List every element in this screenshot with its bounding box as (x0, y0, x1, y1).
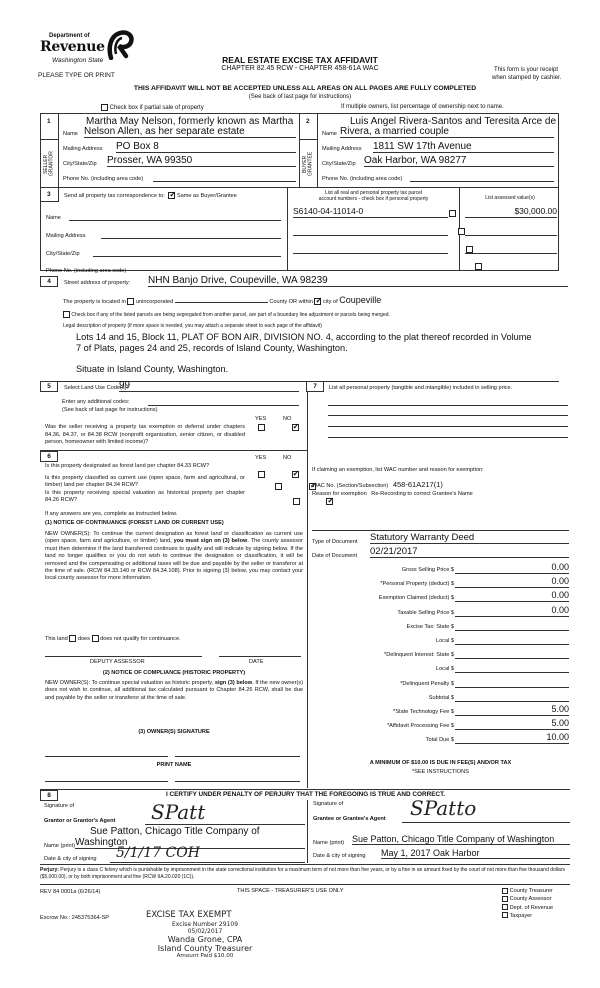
qualify-does-not-checkbox[interactable] (92, 635, 99, 642)
buyer-address-field[interactable]: 1811 SW 17th Avenue (373, 141, 554, 153)
seller-name-label: Name (63, 131, 78, 137)
city-checkbox[interactable] (314, 298, 321, 305)
stamp-name: Wanda Grone, CPA (130, 935, 280, 944)
section-7-number: 7 (306, 381, 324, 392)
copy-item: County Assessor (502, 895, 553, 903)
notice1-text: NEW OWNER(S): To continue the current de… (45, 531, 303, 583)
stamp-amount: Amount Paid $10.00 (130, 953, 280, 959)
certify-statement: I CERTIFY UNDER PENALTY OF PERJURY THAT … (166, 791, 445, 798)
grantor-date-field[interactable]: 5/1/17 COH (110, 851, 305, 863)
seller-section-number: 1 (47, 118, 51, 125)
section6-yes-checkbox[interactable] (293, 498, 300, 505)
copy-item: Taxpayer (502, 912, 553, 920)
exemption-yes-checkbox[interactable] (258, 424, 265, 431)
owner-signature-line-1[interactable] (45, 756, 168, 757)
city-field[interactable]: Coupeville (339, 295, 381, 305)
reason-field[interactable]: Re-Recording to correct Grantee's Name (371, 491, 473, 497)
copy-distribution-list: County Treasurer County Assessor Dept. o… (502, 887, 553, 920)
land-use-code-field[interactable]: 99 (119, 380, 299, 392)
corr-address-label: Mailing Address (46, 233, 86, 239)
grantor-sig-label-1: Signature of (44, 803, 74, 809)
escrow-number: Escrow No.: 245375364-SP (40, 915, 109, 921)
additional-codes-label: Enter any additional codes: (62, 399, 129, 405)
grantee-signature: SPatto (410, 796, 476, 820)
exemption-question: Was the seller receiving a property tax … (45, 424, 245, 447)
amount-field[interactable] (455, 633, 569, 645)
copy-checkbox[interactable] (502, 912, 508, 918)
street-address-field[interactable]: NHN Banjo Drive, Coupeville, WA 98239 (148, 275, 568, 287)
minimum-note: A MINIMUM OF $10.00 IS DUE IN FEE(S) AND… (312, 760, 569, 766)
date-label: DATE (249, 659, 264, 665)
seller-address-label: Mailing Address (63, 146, 103, 152)
property-section-number: 4 (40, 276, 58, 287)
land-use-section-number: 5 (40, 381, 58, 392)
grantor-name-line1: Sue Patton, Chicago Title Company of (90, 826, 260, 837)
amount-field[interactable]: 5.00 (455, 704, 569, 716)
perjury-statement: Perjury: Perjury is a class C felony whi… (40, 867, 570, 881)
yes-header-5: YES (255, 416, 266, 422)
buyer-phone-field[interactable] (410, 174, 554, 182)
grantee-date-field[interactable]: May 1, 2017 Oak Harbor (381, 848, 570, 859)
buyer-side-label: BUYERGRANTEE (303, 146, 315, 182)
seller-side-label: SELLERGRANTOR (44, 146, 56, 182)
amount-field[interactable]: 0.00 (455, 605, 569, 617)
parcel-number-field[interactable] (293, 242, 448, 254)
partial-sale-label: Check box if partial sale of property (110, 105, 204, 111)
amount-label: Excise Tax: State $ (312, 624, 454, 630)
copy-checkbox[interactable] (502, 896, 508, 902)
grantor-name-label: Name (print) (44, 843, 75, 849)
grantor-date-label: Date & city of signing (44, 856, 97, 862)
correspondence-label: Send all property tax correspondence to:… (64, 192, 237, 199)
amount-field[interactable] (455, 619, 569, 631)
street-label: Street address of property: (64, 280, 130, 286)
amount-label: Taxable Selling Price $ (312, 610, 454, 616)
personal-property-line-3[interactable] (328, 426, 568, 427)
assessed-value-field[interactable] (465, 224, 557, 236)
yes-header-6: YES (255, 455, 266, 461)
personal-property-line-2[interactable] (328, 415, 568, 416)
grantee-name-label: Name (print) (313, 840, 344, 846)
owner-signature-line-2[interactable] (175, 756, 300, 757)
seller-city-label: City/State/Zip (63, 161, 97, 167)
amount-label: Gross Selling Price $ (312, 567, 454, 573)
correspondence-section-number: 3 (47, 191, 51, 198)
segregated-row: Check box if any of the listed parcels a… (63, 311, 390, 318)
amount-field[interactable] (455, 690, 569, 702)
print-name-line-2[interactable] (175, 781, 300, 782)
assessed-header: List assessed value(s) (460, 195, 560, 201)
amount-field[interactable]: 0.00 (455, 562, 569, 574)
logo-name: Revenue (40, 39, 105, 55)
no-header-6: NO (283, 455, 291, 461)
notice2-title: (2) NOTICE OF COMPLIANCE (HISTORIC PROPE… (45, 670, 303, 676)
grantor-sig-label-2: Grantor or Grantor's Agent (44, 818, 115, 824)
buyer-city-label: City/State/Zip (322, 161, 356, 167)
qualify-row: This land does does not qualify for cont… (45, 635, 181, 642)
amount-field[interactable]: 10.00 (455, 732, 569, 744)
corr-address-field[interactable] (101, 231, 281, 239)
section6-yes-checkbox[interactable] (275, 483, 282, 490)
section6-question: Is this property designated as forest la… (45, 463, 245, 470)
buyer-section-number: 2 (306, 118, 310, 125)
print-name-line-1[interactable] (45, 781, 168, 782)
section6-no-checkbox[interactable] (292, 471, 299, 478)
amount-label: Local $ (312, 638, 454, 644)
parcel-number-field[interactable]: S6140-04-11014-0 (293, 206, 448, 218)
property-location: The property is located in unincorporate… (63, 295, 381, 305)
buyer-section: 2 BUYERGRANTEE Luis Angel Rivera-Santos … (299, 113, 559, 188)
parcel-number-field[interactable] (293, 224, 448, 236)
warning-text: THIS AFFIDAVIT WILL NOT BE ACCEPTED UNLE… (60, 85, 550, 92)
legal-description-line1[interactable]: Lots 14 and 15, Block 11, PLAT OF BON AI… (76, 332, 532, 342)
personal-property-checkbox[interactable] (458, 228, 465, 235)
amount-field[interactable] (455, 647, 569, 659)
amount-label: Total Due $ (312, 737, 454, 743)
excise-stamp: EXCISE TAX EXEMPT Excise Number 29109 05… (130, 910, 280, 959)
reason-row: Reason for exemption Re-Recording to cor… (312, 491, 473, 497)
doc-type-label: Type of Document (312, 539, 357, 545)
amount-label: *Delinquent Interest: State $ (312, 652, 454, 658)
section6-no-checkbox[interactable] (326, 498, 333, 505)
copy-checkbox[interactable] (502, 888, 508, 894)
stamp-title: EXCISE TAX EXEMPT (146, 910, 280, 920)
wa-revenue-logo-icon (106, 30, 134, 60)
grantee-sig-label-1: Signature of (313, 801, 343, 807)
legal-description-line2[interactable]: 7 of Plats, pages 24 and 25, records of … (76, 343, 348, 353)
grantee-sig-label-2: Grantee or Grantee's Agent (313, 816, 386, 822)
parcel-number-field[interactable] (293, 259, 448, 271)
doc-type-field[interactable]: Statutory Warranty Deed (370, 532, 569, 544)
grantor-signature-field[interactable]: SPatt (145, 808, 305, 825)
partial-sale-checkbox[interactable] (101, 104, 108, 111)
legal-description-line3[interactable]: Situate in Island County, Washington. (76, 364, 228, 374)
buyer-name-field[interactable]: Rivera, a married couple (340, 126, 554, 138)
personal-property-line-1[interactable] (328, 405, 568, 406)
grantor-signature: SPatt (151, 800, 205, 824)
additional-codes-field[interactable] (148, 398, 299, 406)
logo: Department of Revenue Washington State (40, 32, 120, 72)
if-yes-note: If any answers are yes, complete as inst… (45, 511, 177, 517)
grantee-signature-field[interactable]: SPatto (402, 806, 570, 823)
amount-label: *State Technology Fee $ (312, 709, 454, 715)
wac-row: WAC No. (Section/Subsection) 458-61A217(… (312, 480, 443, 489)
personal-property-checkbox[interactable] (449, 210, 456, 217)
corr-city-label: City/State/Zip (46, 251, 80, 257)
amount-label: *Delinquent Penalty $ (312, 681, 454, 687)
partial-sale: Check box if partial sale of property (101, 104, 204, 111)
receipt-note-1: This form is your receipt (494, 67, 558, 73)
notice1-title: (1) NOTICE OF CONTINUANCE (FOREST LAND O… (45, 520, 224, 526)
corr-name-field[interactable] (69, 213, 281, 221)
copy-item: Dept. of Revenue (502, 904, 553, 912)
section6-question: Is this property classified as current u… (45, 475, 245, 489)
grantee-date-label: Date & city of signing (313, 853, 366, 859)
see-instructions: *SEE INSTRUCTIONS (312, 769, 569, 775)
personal-property-label: List all personal property (tangible and… (329, 385, 512, 391)
notice2-text: NEW OWNER(S): To continue special valuat… (45, 680, 303, 702)
buyer-phone-label: Phone No. (including area code) (322, 176, 402, 182)
treasurer-use-only: THIS SPACE - TREASURER'S USE ONLY (237, 888, 343, 894)
deputy-assessor-label: DEPUTY ASSESSOR (90, 659, 145, 665)
copy-checkbox[interactable] (502, 904, 508, 910)
grantee-name-field[interactable]: Sue Patton, Chicago Title Company of Was… (352, 834, 570, 845)
seller-phone-field[interactable] (153, 174, 296, 182)
owner-signature-title: (3) OWNER(S) SIGNATURE (45, 729, 303, 735)
section-8-number: 8 (40, 790, 58, 801)
county-field[interactable] (175, 296, 268, 303)
same-as-buyer-checkbox[interactable] (168, 192, 175, 199)
please-type: PLEASE TYPE OR PRINT (38, 72, 115, 79)
corr-name-label: Name (46, 215, 61, 221)
assessed-value-field[interactable] (465, 259, 557, 271)
form-revision: REV 84 0001a (6/26/14) (40, 889, 100, 895)
doc-date-label: Date of Document (312, 553, 357, 559)
form-subtitle: CHAPTER 82.45 RCW - CHAPTER 458-61A WAC (180, 65, 420, 72)
assessed-value-field[interactable]: $30,000.00 (465, 206, 557, 218)
section-6-number: 6 (40, 451, 58, 462)
amount-field[interactable] (455, 676, 569, 688)
buyer-address-label: Mailing Address (322, 146, 362, 152)
amount-field[interactable]: 0.00 (455, 590, 569, 602)
amount-label: Exemption Claimed (deduct) $ (312, 595, 454, 601)
correspondence-section: 3 Send all property tax correspondence t… (40, 188, 559, 271)
additional-codes-note: (See back of last page for instructions) (62, 407, 157, 413)
qualify-does-checkbox[interactable] (69, 635, 76, 642)
no-header-5: NO (283, 416, 291, 422)
parcels-header: List all real and personal property tax … (288, 190, 459, 202)
see-back-note: (See back of last page for instructions) (180, 94, 420, 100)
seller-address-field[interactable]: PO Box 8 (116, 141, 296, 153)
exemption-claim-label: If claiming an exemption, list WAC numbe… (312, 467, 484, 473)
legal-description-label: Legal description of property (if more s… (63, 323, 322, 329)
section6-question: Is this property receiving special valua… (45, 490, 245, 504)
seller-name-field[interactable]: Nelson Allen, as her separate estate (84, 126, 296, 138)
seller-phone-label: Phone No. (including area code) (63, 176, 143, 182)
amount-field[interactable]: 0.00 (455, 576, 569, 588)
exemption-no-checkbox[interactable] (292, 424, 299, 431)
stamp-office: Island County Treasurer (130, 944, 280, 953)
assessed-value-field[interactable] (465, 242, 557, 254)
copy-item: County Treasurer (502, 887, 553, 895)
segregated-checkbox[interactable] (63, 311, 70, 318)
seller-city-field[interactable]: Prosser, WA 99350 (107, 155, 296, 167)
unincorporated-checkbox[interactable] (127, 298, 134, 305)
corr-phone-label: Phone No. (including area code) (46, 268, 126, 274)
logo-state: Washington State (52, 57, 103, 64)
buyer-name-label: Name (322, 131, 337, 137)
form-title: REAL ESTATE EXCISE TAX AFFIDAVIT (180, 55, 420, 65)
doc-date-field[interactable]: 02/21/2017 (370, 546, 569, 558)
section6-yes-checkbox[interactable] (258, 471, 265, 478)
multiple-owners-note: If multiple owners, list percentage of o… (341, 104, 504, 110)
amount-label: *Affidavit Processing Fee $ (312, 723, 454, 729)
buyer-city-field[interactable]: Oak Harbor, WA 98277 (364, 155, 554, 167)
amount-label: Local $ (312, 666, 454, 672)
print-name-label: PRINT NAME (45, 762, 303, 768)
amount-label: Subtotal $ (312, 695, 454, 701)
stamp-date: 05/02/2017 (130, 928, 280, 935)
amount-field[interactable]: 5.00 (455, 718, 569, 730)
amount-field[interactable] (455, 661, 569, 673)
corr-city-field[interactable] (93, 249, 281, 257)
wac-field[interactable]: 458-61A217(1) (393, 480, 443, 489)
seller-section: 1 SELLERGRANTOR Martha May Nelson, forme… (40, 113, 299, 188)
personal-property-line-4[interactable] (328, 437, 568, 438)
stamp-number: Excise Number 29109 (130, 921, 280, 928)
receipt-note-2: when stamped by cashier. (492, 75, 561, 81)
amount-label: *Personal Property (deduct) $ (312, 581, 454, 587)
